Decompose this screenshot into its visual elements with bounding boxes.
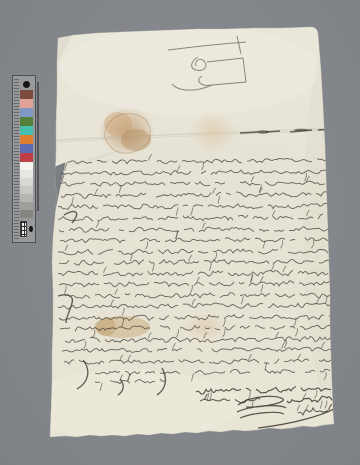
manuscript-photo — [0, 0, 360, 465]
handwriting-descender — [329, 207, 331, 215]
photograph-background — [0, 0, 360, 465]
handwriting-ascender — [330, 232, 333, 238]
handwriting-ascender — [331, 266, 334, 272]
